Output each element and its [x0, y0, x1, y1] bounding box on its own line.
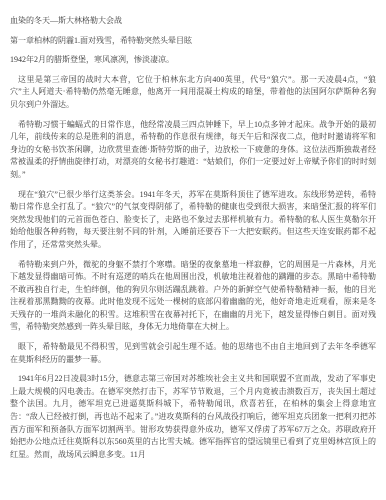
paragraph-list: 这里是第三帝国的战时大本营，它位于柏林东北方向400英里，代号“狼穴”。那一天凌… [10, 74, 376, 462]
paragraph: 眼下，希特勒最见不得积雪，见到雪就会引起生理不适。他的思绪也不由自主地回到了去年… [10, 341, 376, 366]
document-page: 血染的冬天—斯大林格勒大会战 第一章柏林的阴霾1.面对残雪，希特勒突然头晕目眩 … [0, 0, 386, 500]
paragraph: 希特勒习惯于蝙蝠式的日常作息，他经常凌晨三四点钟睡下，早上10点多钟才起床。战争… [10, 119, 376, 182]
paragraph: 1941年6月22日凌晨3时15分，德意志第三帝国对苏维埃社会主义共和国联盟不宣… [10, 373, 376, 461]
paragraph: 希特勒来到户外，微驼的身躯不禁打个寒噤。暗堡的夜象墓地一样寂静，它的周围是一片森… [10, 259, 376, 335]
paragraph: 现在“狼穴”已很少举行这类茶会。1941年冬天，苏军在莫斯科顶住了德军进攻。东线… [10, 189, 376, 252]
paragraph: 这里是第三帝国的战时大本营，它位于柏林东北方向400英里，代号“狼穴”。那一天凌… [10, 74, 376, 112]
chapter-heading: 第一章柏林的阴霾1.面对残雪，希特勒突然头晕目眩 [10, 35, 376, 48]
scene-setting-line: 1942年2月的腊斯登堡，寒风凛冽，惨淡凄凉。 [10, 54, 376, 67]
book-title: 血染的冬天—斯大林格勒大会战 [10, 15, 376, 28]
